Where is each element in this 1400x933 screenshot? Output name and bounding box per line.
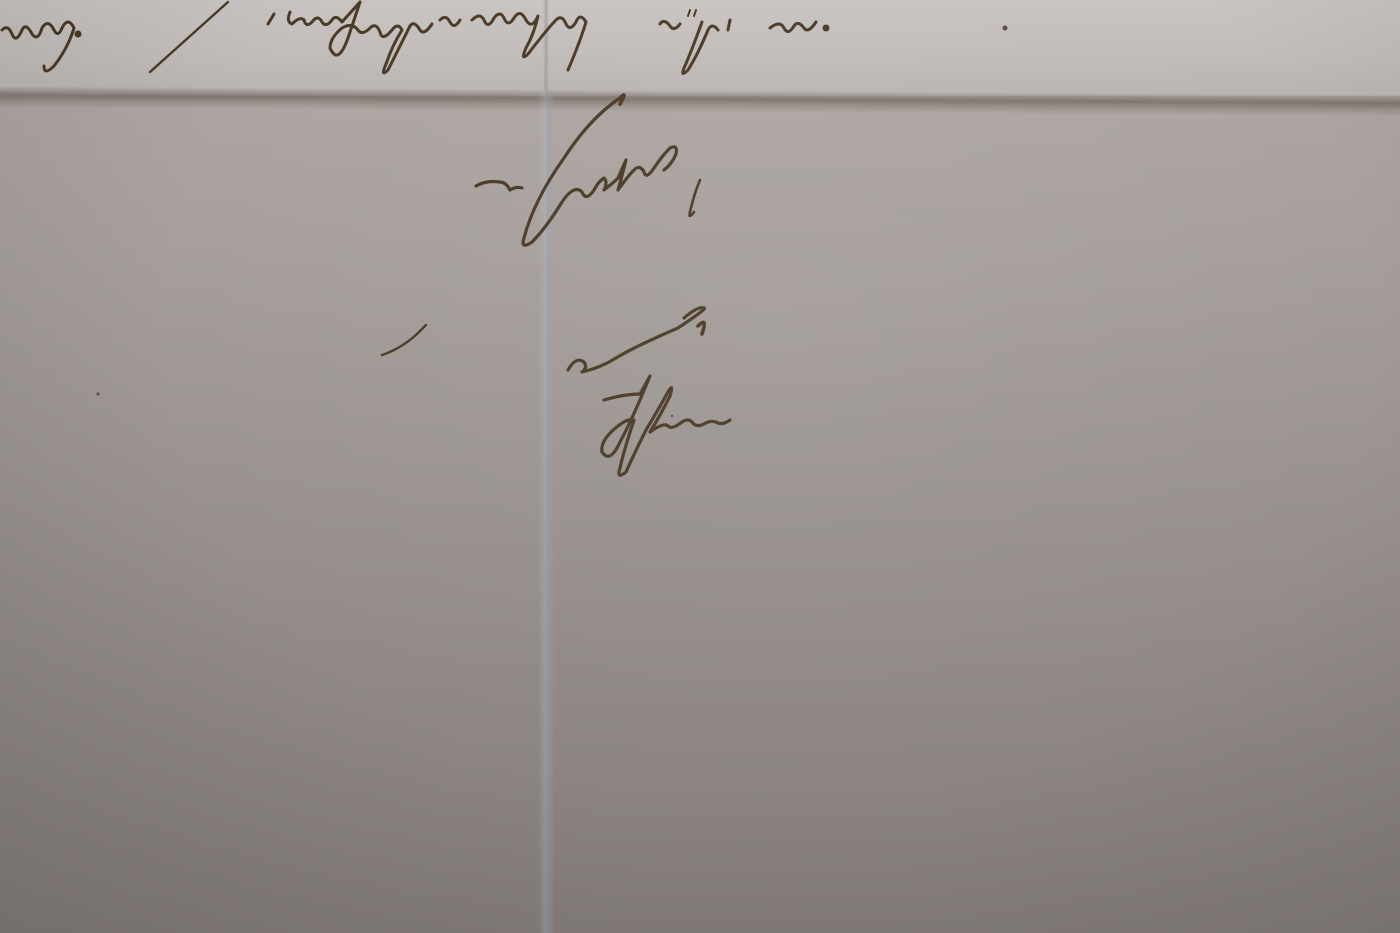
handwritten-line-top: [2, 2, 828, 74]
handwriting-ink: [0, 0, 1400, 933]
handwritten-signature: [568, 308, 730, 475]
handwritten-closing: [476, 95, 700, 245]
letter-page: …waej. / [illegible cursive] in […]nigen…: [0, 0, 1400, 933]
signature-dash: [382, 325, 426, 355]
paper-specks: [97, 26, 1008, 418]
